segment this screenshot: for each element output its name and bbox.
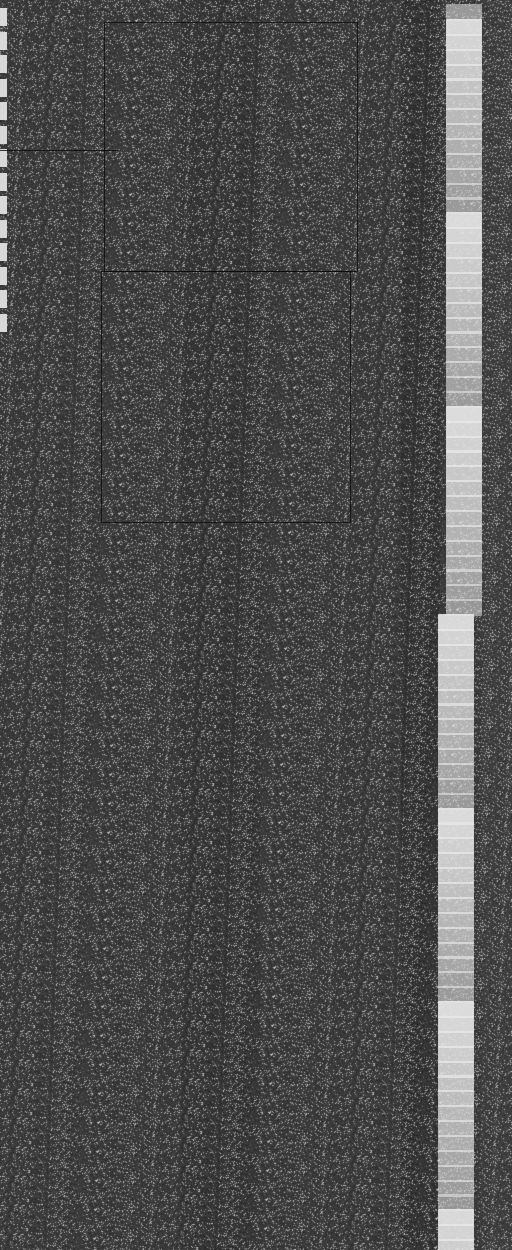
edge-marker (0, 196, 7, 214)
edge-marker (0, 220, 7, 238)
edge-marker (0, 55, 7, 73)
edge-marker (0, 32, 7, 50)
edge-marker (0, 8, 7, 26)
edge-scratch-line (0, 150, 118, 151)
edge-marker (0, 173, 7, 191)
edge-marker (0, 290, 7, 308)
film-strip-scan (0, 0, 512, 1250)
left-edge-markers (0, 0, 8, 1250)
edge-marker (0, 126, 7, 144)
edge-marker (0, 314, 7, 332)
edge-marker (0, 149, 7, 167)
edge-marker (0, 102, 7, 120)
film-frame-2 (101, 271, 351, 523)
film-frame-1 (104, 22, 358, 272)
perforation-column (440, 0, 478, 1250)
edge-marker (0, 267, 7, 285)
perforation-hole (438, 1239, 474, 1250)
edge-marker (0, 243, 7, 261)
edge-marker (0, 79, 7, 97)
